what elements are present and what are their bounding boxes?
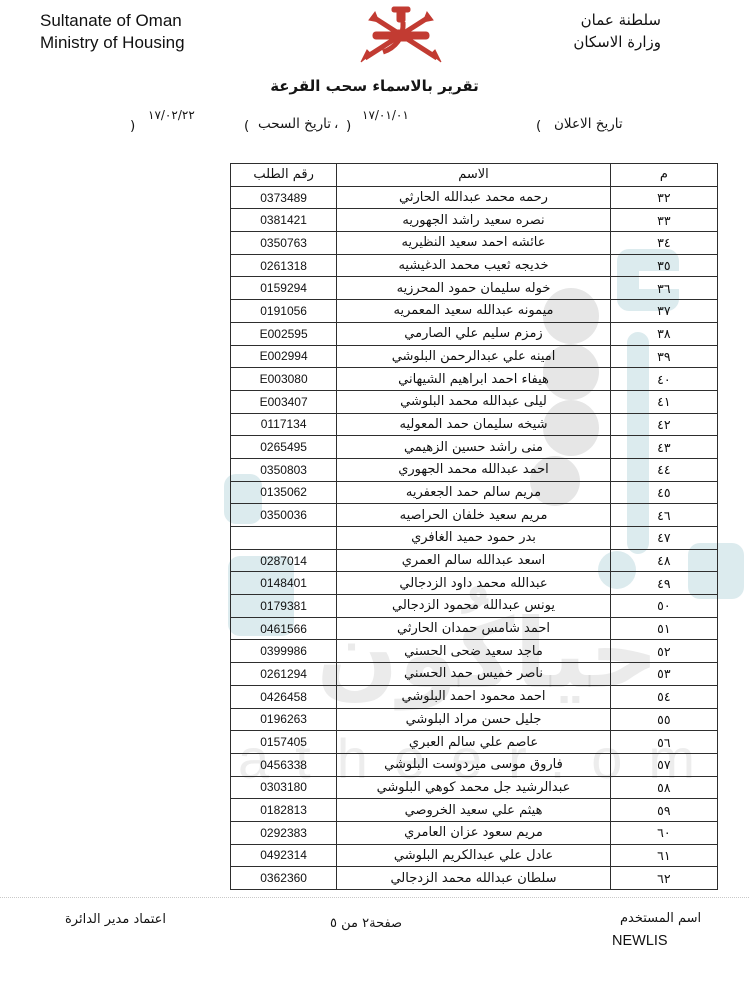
draw-date-value: ١٧/٠٢/٢٢ (148, 108, 195, 122)
request-no-cell: E002595 (231, 322, 337, 345)
name-cell: شيخه سليمان حمد المعوليه (337, 413, 611, 436)
date-separator-comma: ، (334, 116, 338, 132)
request-no-cell: 0179381 (231, 595, 337, 618)
draw-date-close-paren: ) (130, 118, 135, 134)
name-cell: امينه علي عبدالرحمن البلوشي (337, 345, 611, 368)
table-row: ٥٤احمد محمود احمد البلوشي0426458 (231, 685, 718, 708)
name-cell: احمد شامس حمدان الحارثي (337, 617, 611, 640)
request-no-cell: 0350036 (231, 504, 337, 527)
table-row: ٣٢رحمه محمد عبدالله الحارثي0373489 (231, 186, 718, 209)
request-no-cell: 0148401 (231, 572, 337, 595)
report-page: حياكُون atheer.om Sultanate of Oman Mini… (0, 0, 749, 993)
table-row: ٥٦عاصم علي سالم العبري0157405 (231, 731, 718, 754)
table-row: ٣٤عائشه احمد سعيد النظيريه0350763 (231, 232, 718, 255)
serial-cell: ٤١ (610, 390, 717, 413)
request-no-cell: 0157405 (231, 731, 337, 754)
serial-cell: ٣٢ (610, 186, 717, 209)
table-row: ٤٨اسعد عبدالله سالم العمري0287014 (231, 549, 718, 572)
header-en-line1: Sultanate of Oman (40, 10, 185, 32)
ministry-header-arabic: سلطنة عمان وزارة الاسكان (573, 9, 661, 53)
request-no-cell: 0456338 (231, 753, 337, 776)
serial-cell: ٤٩ (610, 572, 717, 595)
name-cell: عبدالله محمد داود الزدجالي (337, 572, 611, 595)
table-row: ٥٣ناصر خميس حمد الحسني0261294 (231, 663, 718, 686)
serial-cell: ٣٨ (610, 322, 717, 345)
name-cell: مريم سالم حمد الجعفريه (337, 481, 611, 504)
username-value: NEWLIS (612, 933, 668, 949)
serial-cell: ٥٤ (610, 685, 717, 708)
request-no-cell: 0191056 (231, 300, 337, 323)
request-no-cell: 0182813 (231, 799, 337, 822)
request-no-cell: E003080 (231, 368, 337, 391)
serial-cell: ٥٢ (610, 640, 717, 663)
serial-cell: ٣٧ (610, 300, 717, 323)
request-no-cell: 0492314 (231, 844, 337, 867)
request-no-cell (231, 527, 337, 550)
request-no-cell: 0287014 (231, 549, 337, 572)
header-ar-line1: سلطنة عمان (573, 9, 661, 31)
announce-date-value: ١٧/٠١/٠١ (362, 108, 409, 122)
name-cell: رحمه محمد عبدالله الحارثي (337, 186, 611, 209)
table-row: ٣٧ميمونه عبدالله سعيد المعمريه0191056 (231, 300, 718, 323)
name-cell: منى راشد حسين الزهيمي (337, 436, 611, 459)
table-row: ٣٦خوله سليمان حمود المحرزيه0159294 (231, 277, 718, 300)
name-cell: خديجه ثعيب محمد الدغيشيه (337, 254, 611, 277)
table-row: ٥١احمد شامس حمدان الحارثي0461566 (231, 617, 718, 640)
header-en-line2: Ministry of Housing (40, 32, 185, 54)
serial-cell: ٤٣ (610, 436, 717, 459)
serial-cell: ٤٦ (610, 504, 717, 527)
table-row: ٦٢سلطان عبدالله محمد الزدجالي0362360 (231, 867, 718, 890)
serial-cell: ٥٣ (610, 663, 717, 686)
serial-cell: ٤٥ (610, 481, 717, 504)
request-no-cell: 0399986 (231, 640, 337, 663)
department-approval-label: اعتماد مدير الدائرة (65, 912, 166, 927)
table-row: ٤٦مريم سعيد خلفان الحراصيه0350036 (231, 504, 718, 527)
serial-cell: ٣٦ (610, 277, 717, 300)
serial-cell: ٥٥ (610, 708, 717, 731)
name-cell: يونس عبدالله محمود الزدجالي (337, 595, 611, 618)
table-row: ٥٨عبدالرشيد جل محمد كوهي البلوشي0303180 (231, 776, 718, 799)
table-row: ٥٩هيثم علي سعيد الخروصي0182813 (231, 799, 718, 822)
announce-date-label: تاريخ الاعلان (554, 116, 623, 132)
name-cell: هيفاء احمد ابراهيم الشيهاني (337, 368, 611, 391)
name-cell: عائشه احمد سعيد النظيريه (337, 232, 611, 255)
name-column-header: الاسم (337, 164, 611, 187)
request-no-cell: 0426458 (231, 685, 337, 708)
serial-cell: ٤٤ (610, 458, 717, 481)
name-cell: جليل حسن مراد البلوشي (337, 708, 611, 731)
page-title: تقرير بالاسماء سحب القرعة (0, 77, 749, 95)
request-no-cell: E002994 (231, 345, 337, 368)
serial-column-header: م (610, 164, 717, 187)
serial-cell: ٣٩ (610, 345, 717, 368)
name-cell: ليلى عبدالله محمد البلوشي (337, 390, 611, 413)
announce-date-close-paren: ) (346, 118, 351, 134)
draw-date-label: تاريخ السحب (258, 116, 331, 132)
request-no-cell: 0261318 (231, 254, 337, 277)
serial-cell: ٥٧ (610, 753, 717, 776)
name-cell: مريم سعيد خلفان الحراصيه (337, 504, 611, 527)
serial-cell: ٣٤ (610, 232, 717, 255)
table-row: ٤٤احمد عبدالله محمد الجهوري0350803 (231, 458, 718, 481)
name-cell: بدر حمود حميد الغافري (337, 527, 611, 550)
request-no-cell: 0196263 (231, 708, 337, 731)
table-row: ٤٠هيفاء احمد ابراهيم الشيهانيE003080 (231, 368, 718, 391)
table-row: ٤٢شيخه سليمان حمد المعوليه0117134 (231, 413, 718, 436)
serial-cell: ٥٠ (610, 595, 717, 618)
name-cell: هيثم علي سعيد الخروصي (337, 799, 611, 822)
name-cell: عبدالرشيد جل محمد كوهي البلوشي (337, 776, 611, 799)
request-no-cell: 0381421 (231, 209, 337, 232)
table-header-row: م الاسم رقم الطلب (231, 164, 718, 187)
table-row: ٤٥مريم سالم حمد الجعفريه0135062 (231, 481, 718, 504)
serial-cell: ٣٣ (610, 209, 717, 232)
name-cell: احمد عبدالله محمد الجهوري (337, 458, 611, 481)
request-no-cell: 0135062 (231, 481, 337, 504)
table-row: ٥٠يونس عبدالله محمود الزدجالي0179381 (231, 595, 718, 618)
serial-cell: ٦٠ (610, 821, 717, 844)
announce-date-open-paren: ( (536, 118, 541, 134)
name-cell: فاروق موسى ميردوست البلوشي (337, 753, 611, 776)
request-no-cell: 0292383 (231, 821, 337, 844)
request-no-cell: 0265495 (231, 436, 337, 459)
request-no-cell: 0362360 (231, 867, 337, 890)
lottery-names-table: م الاسم رقم الطلب ٣٢رحمه محمد عبدالله ال… (230, 163, 718, 890)
request-no-cell: 0350803 (231, 458, 337, 481)
serial-cell: ٤٨ (610, 549, 717, 572)
request-no-cell: 0350763 (231, 232, 337, 255)
serial-cell: ٦٢ (610, 867, 717, 890)
table-row: ٥٥جليل حسن مراد البلوشي0196263 (231, 708, 718, 731)
name-cell: سلطان عبدالله محمد الزدجالي (337, 867, 611, 890)
name-cell: زمزم سليم علي الصارمي (337, 322, 611, 345)
serial-cell: ٤٧ (610, 527, 717, 550)
request-no-cell: 0261294 (231, 663, 337, 686)
serial-cell: ٤٢ (610, 413, 717, 436)
table-row: ٣٣نصره سعيد راشد الجهوريه0381421 (231, 209, 718, 232)
request-no-column-header: رقم الطلب (231, 164, 337, 187)
serial-cell: ٥٩ (610, 799, 717, 822)
serial-cell: ٤٠ (610, 368, 717, 391)
serial-cell: ٣٥ (610, 254, 717, 277)
request-no-cell: 0303180 (231, 776, 337, 799)
request-no-cell: 0159294 (231, 277, 337, 300)
table-row: ٥٢ماجد سعيد ضحى الحسني0399986 (231, 640, 718, 663)
oman-national-emblem-icon (357, 4, 445, 66)
name-cell: خوله سليمان حمود المحرزيه (337, 277, 611, 300)
footer-divider (0, 897, 749, 898)
table-row: ٤٣منى راشد حسين الزهيمي0265495 (231, 436, 718, 459)
table-row: ٤٩عبدالله محمد داود الزدجالي0148401 (231, 572, 718, 595)
name-cell: عاصم علي سالم العبري (337, 731, 611, 754)
serial-cell: ٥١ (610, 617, 717, 640)
table-row: ٣٨زمزم سليم علي الصارميE002595 (231, 322, 718, 345)
name-cell: عادل علي عبدالكريم البلوشي (337, 844, 611, 867)
table-row: ٣٩امينه علي عبدالرحمن البلوشيE002994 (231, 345, 718, 368)
username-label: اسم المستخدم (620, 911, 701, 926)
table-row: ٣٥خديجه ثعيب محمد الدغيشيه0261318 (231, 254, 718, 277)
request-no-cell: 0117134 (231, 413, 337, 436)
page-number-info: صفحة٢ من ٥ (330, 916, 402, 931)
draw-date-open-paren: ( (244, 118, 249, 134)
table-row: ٤٧بدر حمود حميد الغافري (231, 527, 718, 550)
table-row: ٤١ليلى عبدالله محمد البلوشيE003407 (231, 390, 718, 413)
name-cell: مريم سعود عزان العامري (337, 821, 611, 844)
request-no-cell: 0461566 (231, 617, 337, 640)
name-cell: نصره سعيد راشد الجهوريه (337, 209, 611, 232)
serial-cell: ٦١ (610, 844, 717, 867)
header-ar-line2: وزارة الاسكان (573, 31, 661, 53)
serial-cell: ٥٦ (610, 731, 717, 754)
request-no-cell: 0373489 (231, 186, 337, 209)
name-cell: ميمونه عبدالله سعيد المعمريه (337, 300, 611, 323)
serial-cell: ٥٨ (610, 776, 717, 799)
name-cell: اسعد عبدالله سالم العمري (337, 549, 611, 572)
table-row: ٥٧فاروق موسى ميردوست البلوشي0456338 (231, 753, 718, 776)
table-row: ٦١عادل علي عبدالكريم البلوشي0492314 (231, 844, 718, 867)
name-cell: ناصر خميس حمد الحسني (337, 663, 611, 686)
table-row: ٦٠مريم سعود عزان العامري0292383 (231, 821, 718, 844)
name-cell: ماجد سعيد ضحى الحسني (337, 640, 611, 663)
request-no-cell: E003407 (231, 390, 337, 413)
name-cell: احمد محمود احمد البلوشي (337, 685, 611, 708)
ministry-header-english: Sultanate of Oman Ministry of Housing (40, 10, 185, 54)
